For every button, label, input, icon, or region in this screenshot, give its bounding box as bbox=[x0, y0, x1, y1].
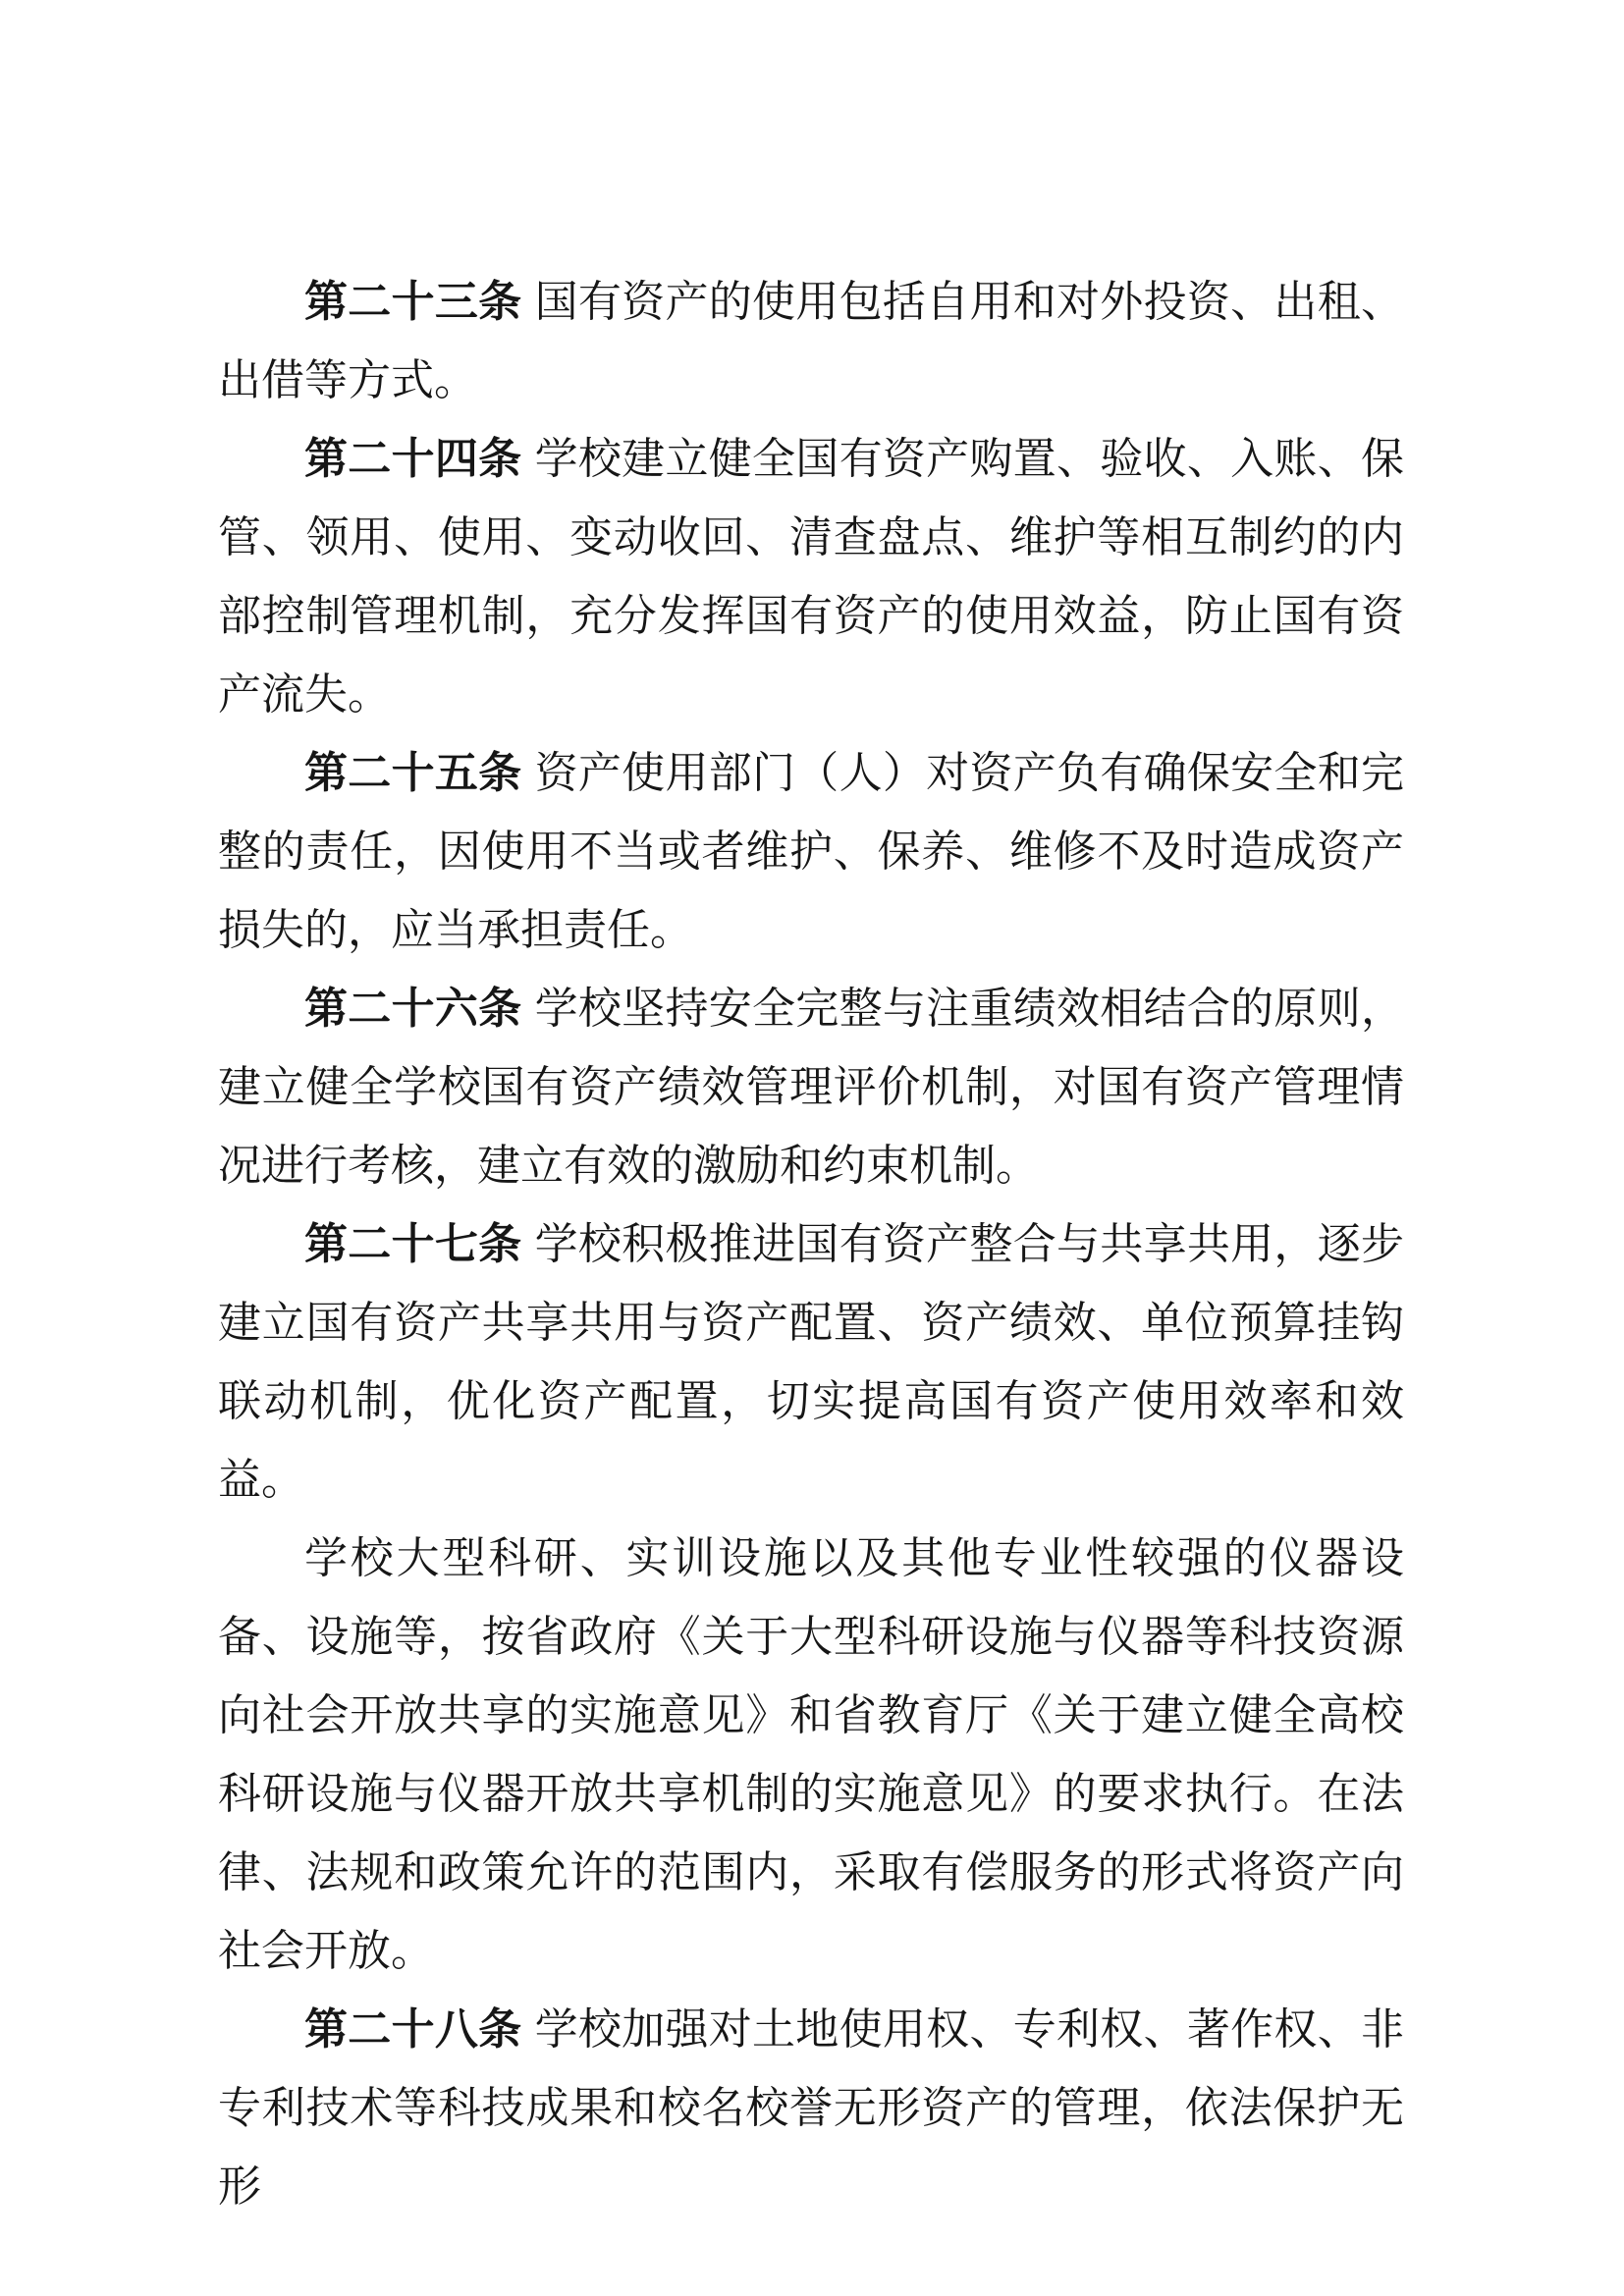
paragraph-article-27-continued: 学校大型科研、实训设施以及其他专业性较强的仪器设备、设施等，按省政府《关于大型科… bbox=[218, 1520, 1404, 1991]
paragraph-article-28: 第二十八条学校加强对土地使用权、专利权、著作权、非专利技术等科技成果和校名校誉无… bbox=[218, 1991, 1404, 2226]
article-27-continued-text: 学校大型科研、实训设施以及其他专业性较强的仪器设备、设施等，按省政府《关于大型科… bbox=[218, 1534, 1404, 1975]
paragraph-article-24: 第二十四条学校建立健全国有资产购置、验收、入账、保管、领用、使用、变动收回、清查… bbox=[218, 420, 1404, 734]
paragraph-article-25: 第二十五条资产使用部门（人）对资产负有确保安全和完整的责任，因使用不当或者维护、… bbox=[218, 734, 1404, 970]
document-page: 第二十三条国有资产的使用包括自用和对外投资、出租、出借等方式。 第二十四条学校建… bbox=[0, 0, 1624, 2296]
document-body: 第二十三条国有资产的使用包括自用和对外投资、出租、出借等方式。 第二十四条学校建… bbox=[218, 263, 1404, 2226]
article-27-number: 第二十七条 bbox=[304, 1220, 521, 1268]
paragraph-article-27: 第二十七条学校积极推进国有资产整合与共享共用，逐步建立国有资产共享共用与资产配置… bbox=[218, 1205, 1404, 1520]
paragraph-article-23: 第二十三条国有资产的使用包括自用和对外投资、出租、出借等方式。 bbox=[218, 263, 1404, 420]
article-23-number: 第二十三条 bbox=[304, 278, 521, 326]
article-26-number: 第二十六条 bbox=[304, 985, 521, 1033]
paragraph-article-26: 第二十六条学校坚持安全完整与注重绩效相结合的原则，建立健全学校国有资产绩效管理评… bbox=[218, 970, 1404, 1205]
article-28-number: 第二十八条 bbox=[304, 2005, 521, 2054]
article-25-number: 第二十五条 bbox=[304, 749, 521, 797]
article-24-number: 第二十四条 bbox=[304, 435, 521, 483]
